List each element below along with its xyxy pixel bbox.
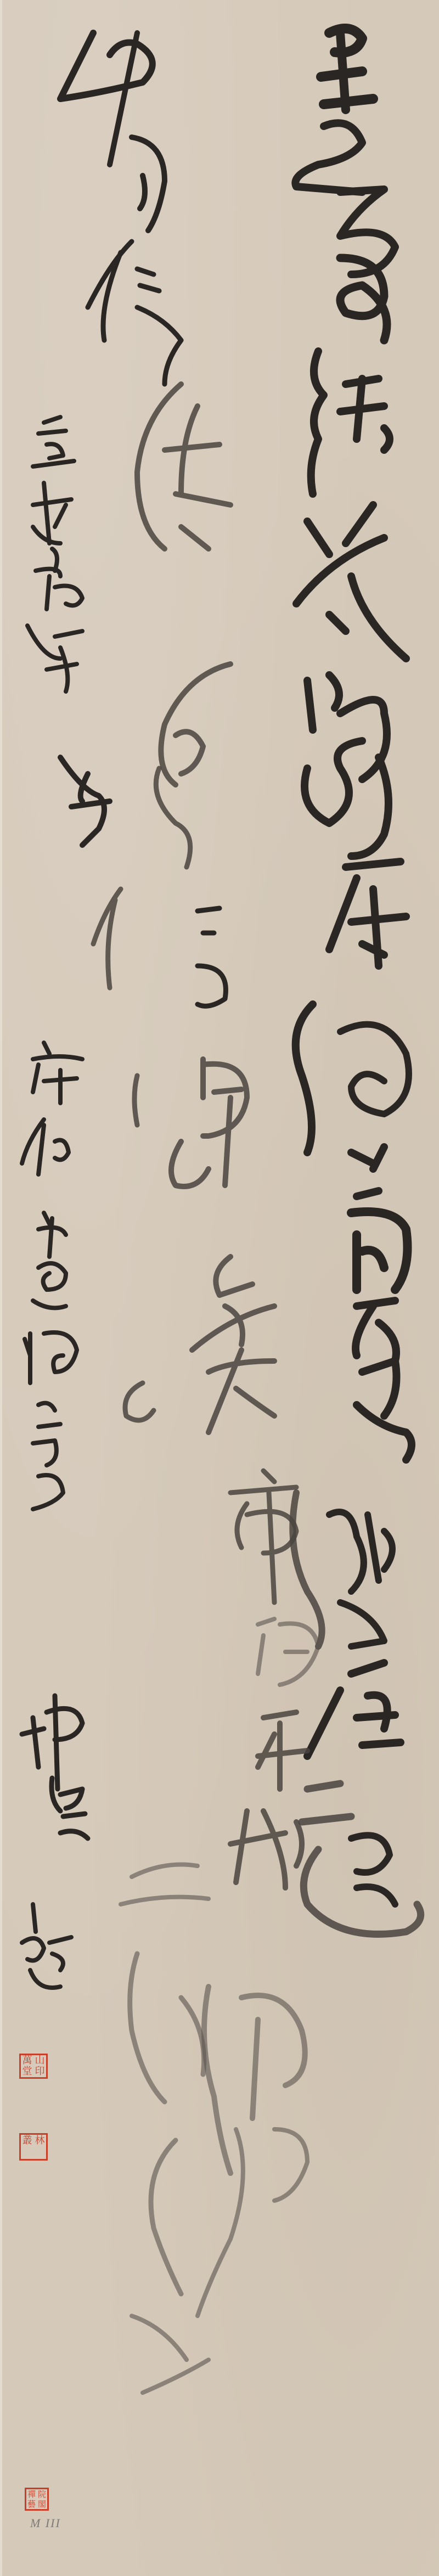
- seal-1-char-2: 山: [35, 2056, 45, 2066]
- column-3-strokes: [60, 757, 209, 2393]
- calligraphy-scroll: 萬 山 堂 印 叢 林 禪 院 藝 閣 M III 立春后一日 宋仙中匋詩二首 …: [0, 0, 439, 2576]
- seal-3-char-4: 閣: [38, 2500, 46, 2508]
- seal-1-char-4: 印: [35, 2067, 45, 2077]
- seal-1-char-1: 萬: [22, 2056, 32, 2066]
- seal-3-char-3: 藝: [27, 2500, 36, 2508]
- pencil-inventory-mark: M III: [30, 2516, 61, 2530]
- seal-3-char-1: 禪: [27, 2490, 36, 2499]
- calligraphy-ink-strokes: [0, 0, 439, 2576]
- seal-2-char-2: 林: [35, 2136, 45, 2146]
- inscription-strokes: [22, 417, 88, 1988]
- seal-after-signature-2: 叢 林: [19, 2133, 48, 2161]
- seal-after-signature-1: 萬 山 堂 印: [19, 2054, 48, 2079]
- seal-1-char-3: 堂: [22, 2067, 32, 2077]
- column-2-strokes: [60, 33, 318, 2316]
- seal-bottom-left: 禪 院 藝 閣: [25, 2488, 49, 2511]
- seal-3-char-2: 院: [38, 2490, 46, 2499]
- seal-2-char-1: 叢: [22, 2136, 32, 2146]
- column-1-strokes: [292, 29, 420, 1934]
